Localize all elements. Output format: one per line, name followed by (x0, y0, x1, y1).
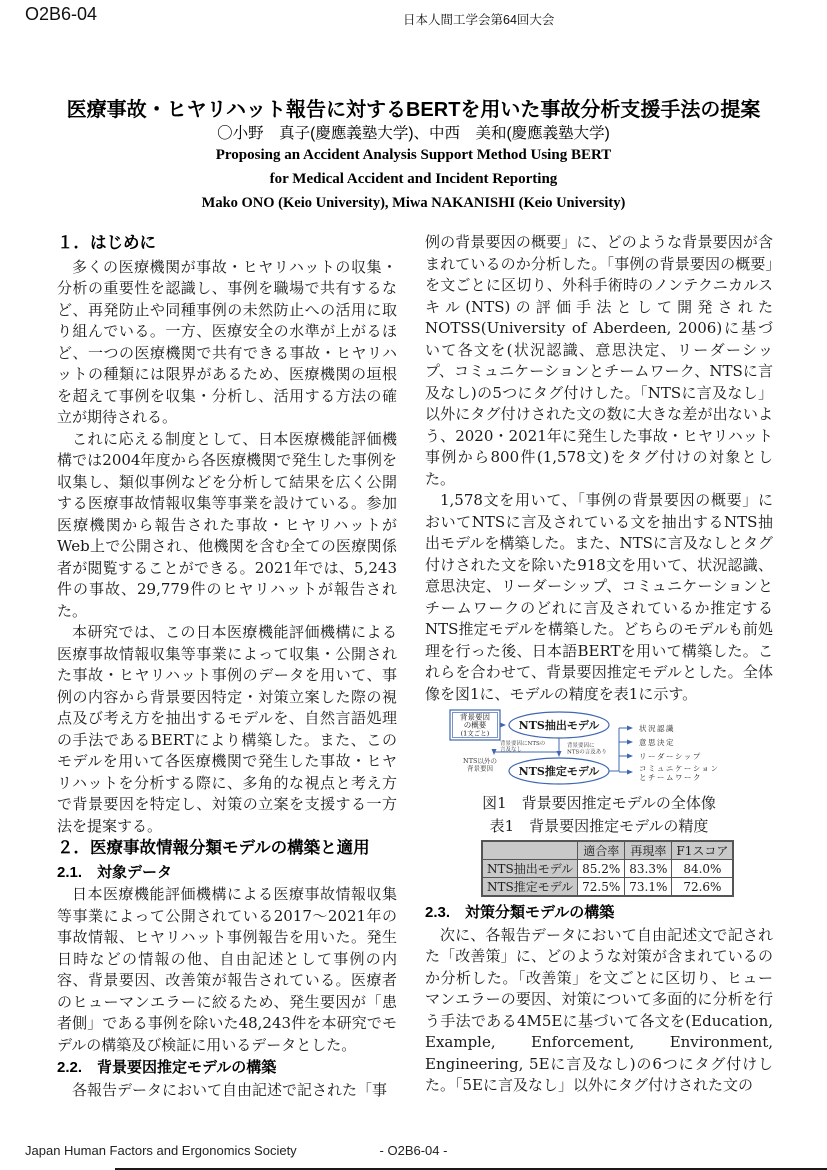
nts-extraction-model-label: NTS抽出モデル (519, 718, 601, 732)
left-column: １．はじめに 多くの医療機関が事故・ヒヤリハットの収集・分析の重要性を認識し、事… (57, 232, 397, 1112)
paragraph: 各報告データにおいて自由記述で記された「事 (57, 1080, 397, 1102)
row-label: NTS推定モデル (482, 878, 578, 897)
right-column: 例の背景要因の概要」に、どのような背景要因が含まれているのか分析した。「事例の背… (425, 232, 773, 1112)
cell-value: 83.3% (625, 860, 672, 878)
paragraph: これに応える制度として、日本医療機能評価機構では2004年度から各医療機関で発生… (57, 429, 397, 623)
conference-name: 日本人間工学会第64回大会 (403, 10, 554, 28)
cell-value: 85.2% (578, 860, 625, 878)
table-row: NTS推定モデル 72.5% 73.1% 72.6% (482, 878, 733, 897)
table1-model-accuracy: 適合率 再現率 F1スコア NTS抽出モデル 85.2% 83.3% 84.0%… (481, 840, 734, 897)
table-row: NTS抽出モデル 85.2% 83.3% 84.0% (482, 860, 733, 878)
paragraph: 多くの医療機関が事故・ヒヤリハットの収集・分析の重要性を認識し、事例を職場で共有… (57, 257, 397, 429)
paragraph: 本研究では、この日本医療機能評価機構による医療事故情報収集等事業によって収集・公… (57, 622, 397, 837)
table-header-f1: F1スコア (672, 841, 733, 860)
cell-value: 84.0% (672, 860, 733, 878)
table1-caption: 表1 背景要因推定モデルの精度 (425, 816, 773, 838)
paper-page: O2B6-04 日本人間工学会第64回大会 医療事故・ヒヤリハット報告に対するB… (0, 0, 827, 1170)
paragraph: 1,578文を用いて、「事例の背景要因の概要」においてNTSに言及されている文を… (425, 490, 773, 705)
row-label: NTS抽出モデル (482, 860, 578, 878)
output-situation-awareness: 状況認識 (639, 723, 675, 733)
output-communication-2: とチームワーク (639, 773, 702, 782)
flowchart-svg: 背景要因 の概要 (1文ごと) NTS抽出モデル 背景要因にNTSの 言及なし … (447, 708, 773, 792)
paragraph: 次に、各報告データにおいて自由記述文で記された「改善策」に、どのような対策が含ま… (425, 925, 773, 1097)
input-box-label-3: (1文ごと) (461, 729, 490, 738)
table-header-empty (482, 841, 578, 860)
paragraph: 例の背景要因の概要」に、どのような背景要因が含まれているのか分析した。「事例の背… (425, 232, 773, 490)
section2-2-heading: 2.2. 背景要因推定モデルの構築 (57, 1057, 397, 1079)
output-communication-1: コミュニケーション (639, 764, 720, 773)
output-other-factors-2: 背景要因 (467, 764, 494, 773)
title-english-line2: for Medical Accident and Incident Report… (0, 171, 827, 188)
paragraph: 日本医療機能評価機構による医療事故情報収集等事業によって公開されている2017～… (57, 884, 397, 1056)
section2-3-heading: 2.3. 対策分類モデルの構築 (425, 902, 773, 924)
table-header-precision: 適合率 (578, 841, 625, 860)
input-box-label-2: の概要 (464, 720, 487, 730)
section1-heading: １．はじめに (57, 233, 397, 255)
footer-paper-id: - O2B6-04 - (0, 1143, 827, 1158)
output-leadership: リーダーシップ (639, 752, 702, 761)
label-yes-mention-1: 背景要因に (567, 741, 595, 749)
nts-estimation-model-label: NTS推定モデル (519, 764, 601, 778)
authors-english: Mako ONO (Keio University), Miwa NAKANIS… (0, 195, 827, 212)
output-decision-making: 意思決定 (639, 737, 675, 747)
output-spine (609, 728, 619, 771)
page-title: 医療事故・ヒヤリハット報告に対するBERTを用いた事故分析支援手法の提案 (0, 93, 827, 122)
figure1-caption: 図1 背景要因推定モデルの全体像 (425, 793, 773, 815)
authors-japanese: 〇小野 真子(慶應義塾大学)、中西 美和(慶應義塾大学) (0, 121, 827, 143)
section2-heading: ２．医療事故情報分類モデルの構築と適用 (57, 838, 397, 860)
paper-id: O2B6-04 (25, 4, 97, 25)
label-yes-mention-2: NTSの言及あり (567, 748, 607, 756)
cell-value: 73.1% (625, 878, 672, 897)
label-no-mention-1: 背景要因にNTSの (500, 739, 545, 747)
table-header-row: 適合率 再現率 F1スコア (482, 841, 733, 860)
cell-value: 72.6% (672, 878, 733, 897)
table-header-recall: 再現率 (625, 841, 672, 860)
section2-1-heading: 2.1. 対象データ (57, 862, 397, 884)
cell-value: 72.5% (578, 878, 625, 897)
title-english-line1: Proposing an Accident Analysis Support M… (0, 147, 827, 164)
label-no-mention-2: 言及なし (500, 745, 522, 753)
figure1-flowchart: 背景要因 の概要 (1文ごと) NTS抽出モデル 背景要因にNTSの 言及なし … (447, 708, 773, 792)
